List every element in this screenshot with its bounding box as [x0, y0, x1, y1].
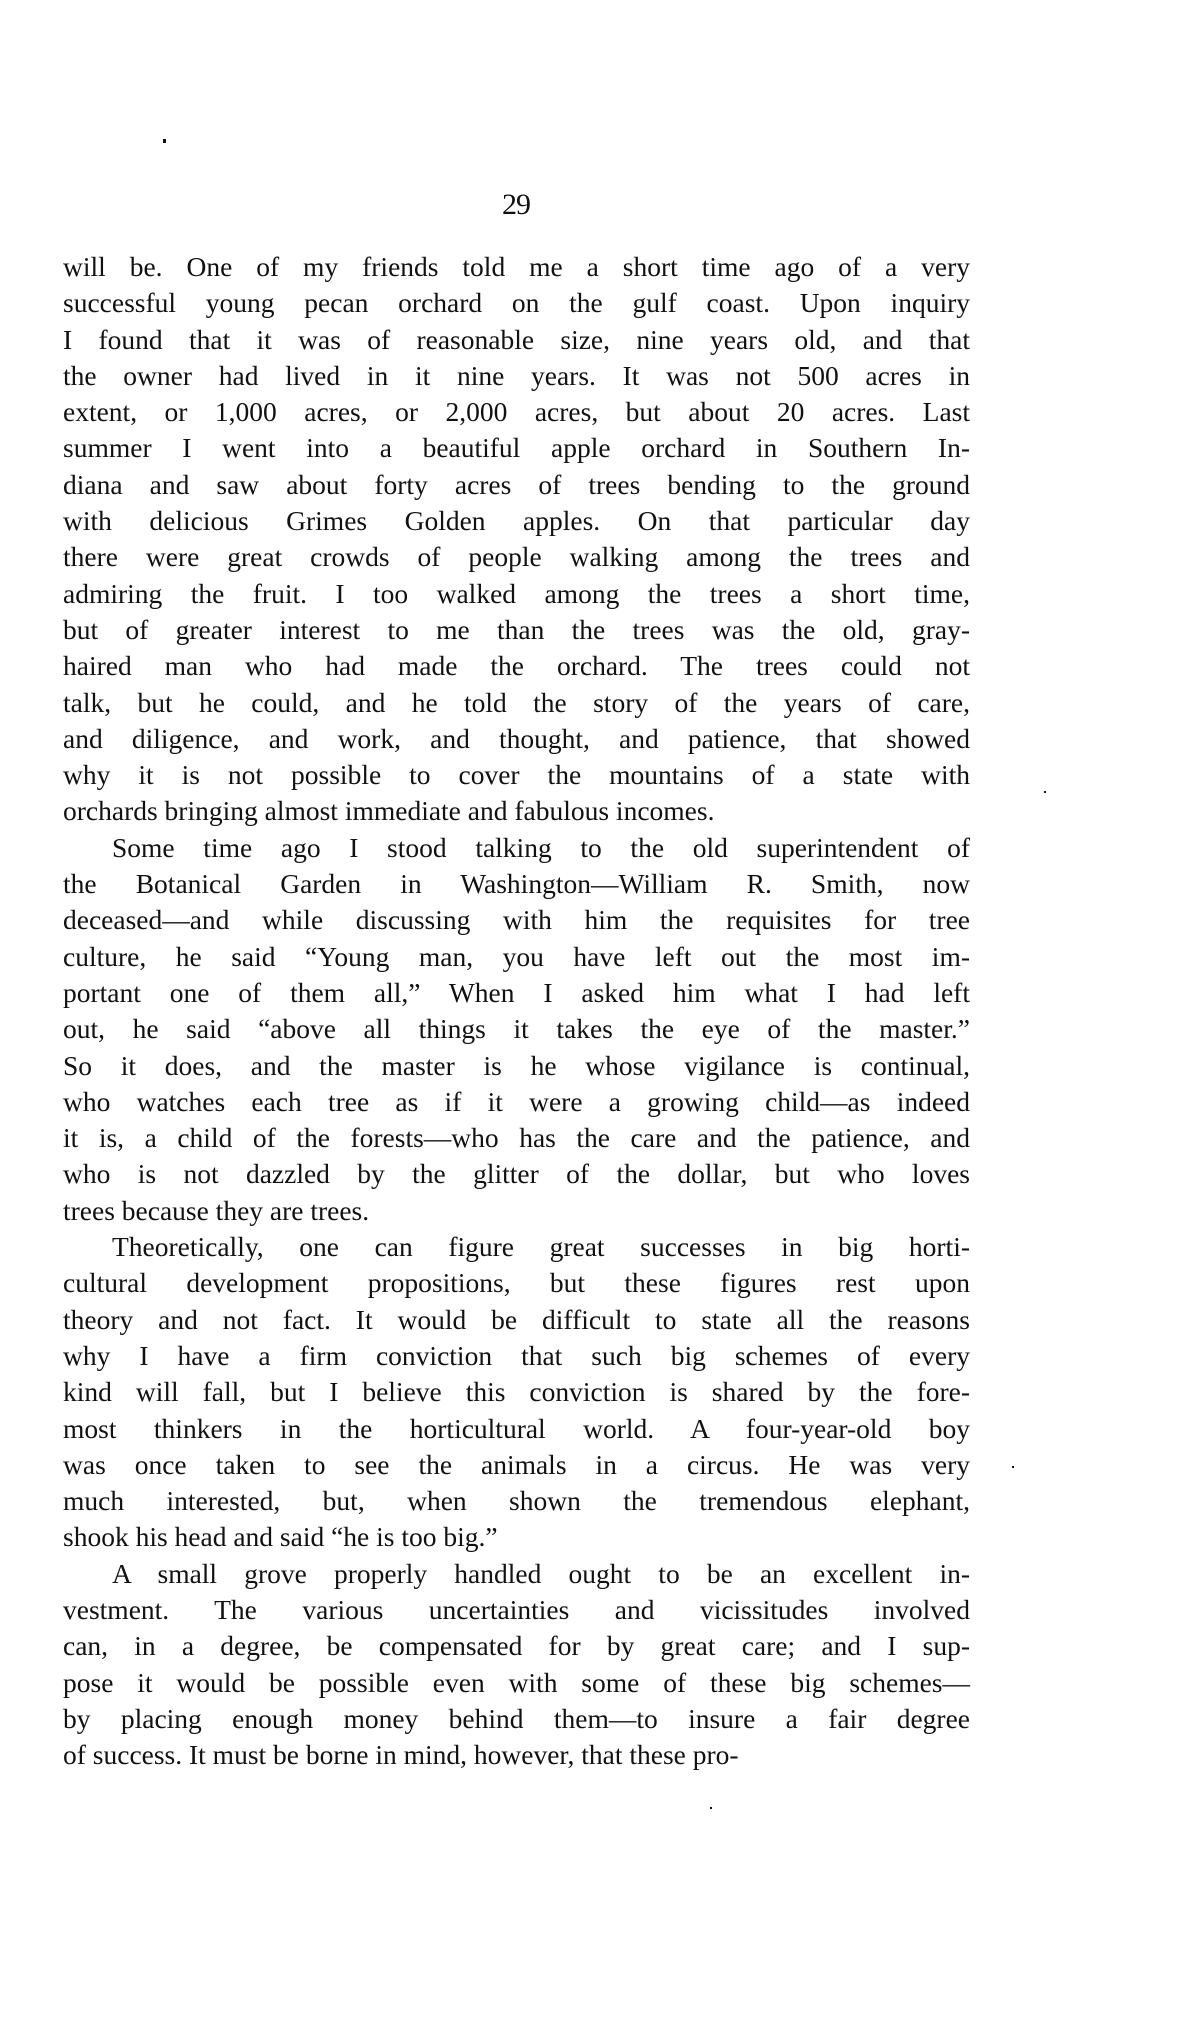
text-line: and diligence, and work, and thought, an… — [63, 721, 970, 757]
text-line: was once taken to see the animals in a c… — [63, 1447, 970, 1483]
text-line: So it does, and the master is he whose v… — [63, 1048, 970, 1084]
text-line: theory and not fact. It would be difficu… — [63, 1302, 970, 1338]
text-line: of success. It must be borne in mind, ho… — [63, 1737, 970, 1773]
text-line: successful young pecan orchard on the gu… — [63, 285, 970, 321]
text-line: with delicious Grimes Golden apples. On … — [63, 503, 970, 539]
text-line: portant one of them all,” When I asked h… — [63, 975, 970, 1011]
text-line: summer I went into a beautiful apple orc… — [63, 430, 970, 466]
text-line: haired man who had made the orchard. The… — [63, 648, 970, 684]
text-line: trees because they are trees. — [63, 1193, 970, 1229]
text-line: I found that it was of reasonable size, … — [63, 322, 970, 358]
text-line: deceased—and while discussing with him t… — [63, 902, 970, 938]
text-line: the Botanical Garden in Washington—Willi… — [63, 866, 970, 902]
page-number: 29 — [0, 188, 1032, 222]
text-line: it is, a child of the forests—who has th… — [63, 1120, 970, 1156]
text-line: most thinkers in the horticultural world… — [63, 1411, 970, 1447]
text-line: culture, he said “Young man, you have le… — [63, 939, 970, 975]
text-line: Theoretically, one can figure great succ… — [63, 1229, 970, 1265]
text-line: talk, but he could, and he told the stor… — [63, 685, 970, 721]
paragraph: Some time ago I stood talking to the old… — [63, 830, 970, 1229]
text-line: who watches each tree as if it were a gr… — [63, 1084, 970, 1120]
paragraph: A small grove properly handled ought to … — [63, 1556, 970, 1774]
text-line: why I have a firm conviction that such b… — [63, 1338, 970, 1374]
text-line: extent, or 1,000 acres, or 2,000 acres, … — [63, 394, 970, 430]
text-line: vestment. The various uncertainties and … — [63, 1592, 970, 1628]
text-line: A small grove properly handled ought to … — [63, 1556, 970, 1592]
text-line: but of greater interest to me than the t… — [63, 612, 970, 648]
text-line: orchards bringing almost immediate and f… — [63, 793, 970, 829]
text-line: will be. One of my friends told me a sho… — [63, 249, 970, 285]
paragraph: will be. One of my friends told me a sho… — [63, 249, 970, 830]
text-line: the owner had lived in it nine years. It… — [63, 358, 970, 394]
text-line: diana and saw about forty acres of trees… — [63, 467, 970, 503]
scan-speck — [1012, 1466, 1014, 1468]
paragraph: Theoretically, one can figure great succ… — [63, 1229, 970, 1556]
scan-speck — [163, 139, 166, 143]
text-line: cultural development propositions, but t… — [63, 1265, 970, 1301]
body-text: will be. One of my friends told me a sho… — [63, 249, 970, 1773]
text-line: shook his head and said “he is too big.” — [63, 1519, 970, 1555]
text-line: Some time ago I stood talking to the old… — [63, 830, 970, 866]
scan-speck — [710, 1807, 712, 1809]
text-line: kind will fall, but I believe this convi… — [63, 1374, 970, 1410]
text-line: there were great crowds of people walkin… — [63, 539, 970, 575]
text-line: why it is not possible to cover the moun… — [63, 757, 970, 793]
scan-speck — [1044, 791, 1046, 793]
text-line: admiring the fruit. I too walked among t… — [63, 576, 970, 612]
text-line: can, in a degree, be compensated for by … — [63, 1628, 970, 1664]
text-line: who is not dazzled by the glitter of the… — [63, 1156, 970, 1192]
text-line: pose it would be possible even with some… — [63, 1665, 970, 1701]
text-line: much interested, but, when shown the tre… — [63, 1483, 970, 1519]
text-line: out, he said “above all things it takes … — [63, 1011, 970, 1047]
text-line: by placing enough money behind them—to i… — [63, 1701, 970, 1737]
